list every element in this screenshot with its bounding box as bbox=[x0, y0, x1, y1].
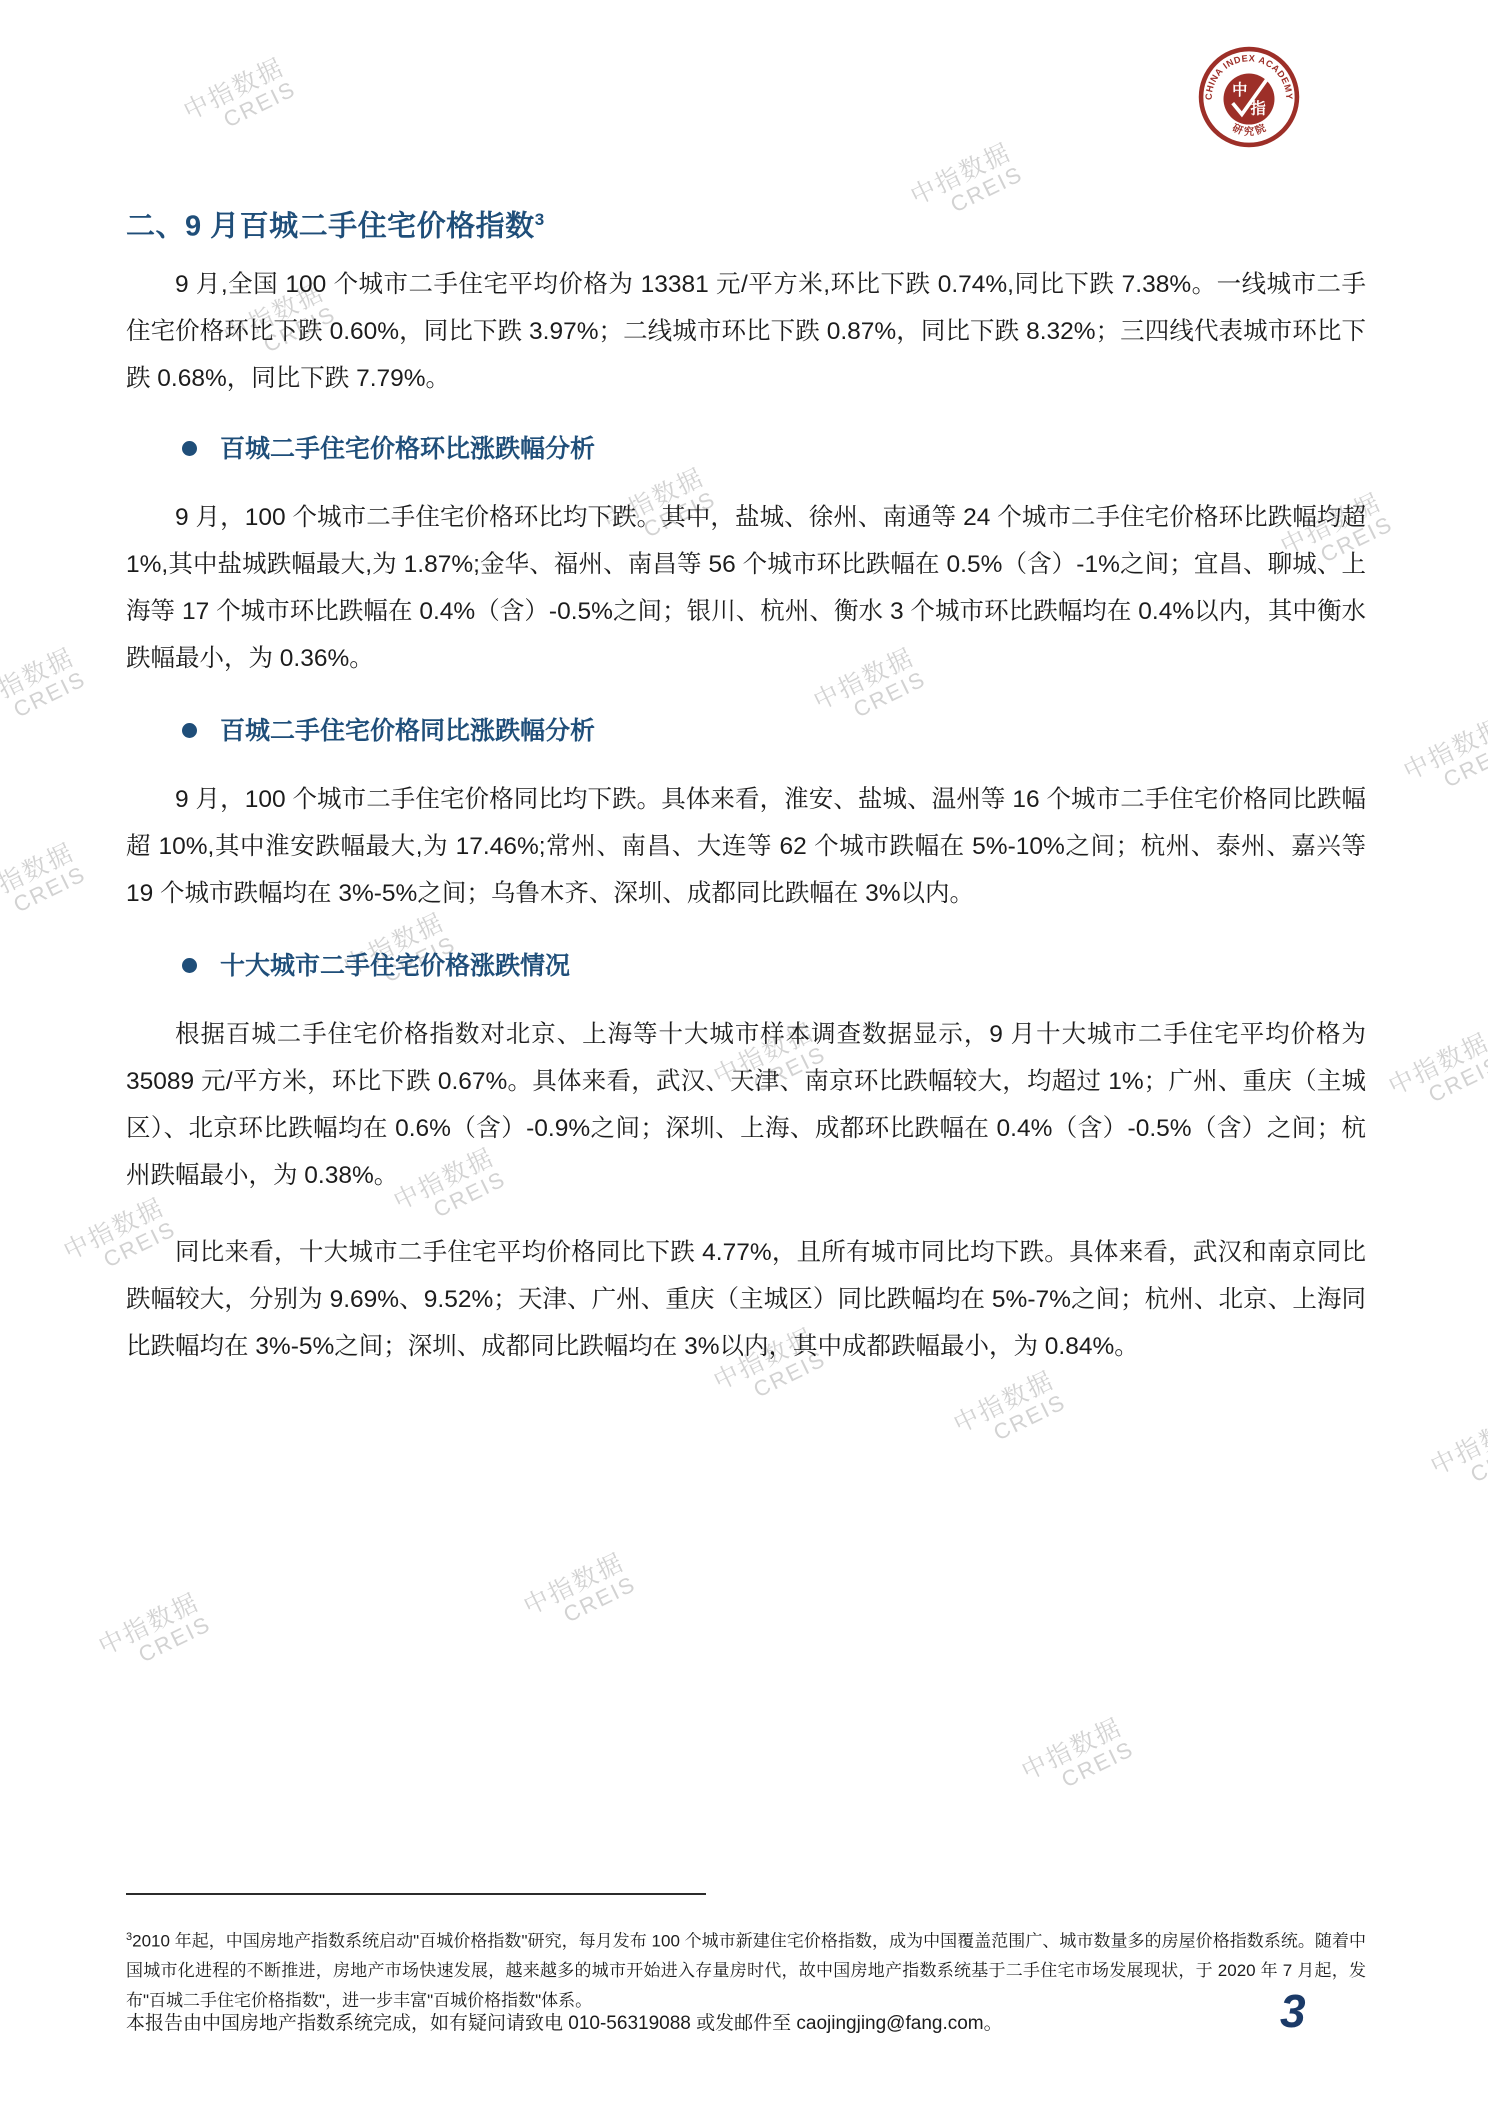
bullet-heading-label: 十大城市二手住宅价格涨跌情况 bbox=[220, 949, 570, 983]
bullet-icon bbox=[182, 958, 197, 973]
document-body: 二、9 月百城二手住宅价格指数3 9 月,全国 100 个城市二手住宅平均价格为… bbox=[126, 200, 1366, 1370]
intro-paragraph: 9 月,全国 100 个城市二手住宅平均价格为 13381 元/平方米,环比下跌… bbox=[126, 261, 1366, 402]
watermark: 中指数据CREIS bbox=[1427, 1409, 1488, 1501]
section-heading: 二、9 月百城二手住宅价格指数3 bbox=[126, 200, 1366, 247]
body-paragraph: 同比来看，十大城市二手住宅平均价格同比下跌 4.77%，且所有城市同比均下跌。具… bbox=[126, 1229, 1366, 1370]
bullet-heading-top-ten-cities: 十大城市二手住宅价格涨跌情况 bbox=[126, 949, 1366, 983]
bullet-icon bbox=[182, 441, 197, 456]
watermark: 中指数据CREIS bbox=[180, 54, 300, 146]
footnote: 32010 年起，中国房地产指数系统启动"百城价格指数"研究，每月发布 100 … bbox=[126, 1923, 1366, 2015]
document-page: { "document": { "title": "二、9 月百城二手住宅价格指… bbox=[0, 0, 1488, 2104]
china-index-academy-logo-icon: CHINA INDEX ACADEMY 中 指 研 究 院 bbox=[1198, 46, 1300, 148]
section-heading-text: 二、9 月百城二手住宅价格指数 bbox=[126, 211, 535, 243]
footnote-text: 2010 年起，中国房地产指数系统启动"百城价格指数"研究，每月发布 100 个… bbox=[126, 1932, 1366, 2010]
watermark: 中指数据CREIS bbox=[520, 1549, 640, 1641]
footnote-separator bbox=[126, 1893, 706, 1895]
bullet-heading-mom-analysis: 百城二手住宅价格环比涨跌幅分析 bbox=[126, 432, 1366, 466]
watermark: 中指数据CREIS bbox=[1385, 1029, 1488, 1121]
watermark: 中指数据CREIS bbox=[1400, 714, 1488, 806]
body-paragraph: 根据百城二手住宅价格指数对北京、上海等十大城市样本调查数据显示，9 月十大城市二… bbox=[126, 1011, 1366, 1199]
page-number: 3 bbox=[1280, 1984, 1306, 2038]
body-paragraph: 9 月，100 个城市二手住宅价格同比均下跌。具体来看，淮安、盐城、温州等 16… bbox=[126, 776, 1366, 917]
heading-footnote-ref: 3 bbox=[535, 210, 545, 229]
watermark: 中指数据CREIS bbox=[0, 644, 90, 736]
watermark: 中指数据CREIS bbox=[95, 1589, 215, 1681]
company-logo-seal: CHINA INDEX ACADEMY 中 指 研 究 院 bbox=[1198, 46, 1300, 148]
bullet-heading-label: 百城二手住宅价格同比涨跌幅分析 bbox=[220, 714, 595, 748]
logo-center-char-2: 指 bbox=[1251, 100, 1266, 117]
bullet-icon bbox=[182, 723, 197, 738]
logo-center-char-1: 中 bbox=[1232, 82, 1247, 99]
body-paragraph: 9 月，100 个城市二手住宅价格环比均下跌。其中，盐城、徐州、南通等 24 个… bbox=[126, 494, 1366, 682]
bullet-heading-yoy-analysis: 百城二手住宅价格同比涨跌幅分析 bbox=[126, 714, 1366, 748]
watermark: 中指数据CREIS bbox=[1018, 1714, 1138, 1806]
footer-text: 本报告由中国房地产指数系统完成，如有疑问请致电 010-56319088 或发邮… bbox=[126, 2008, 1226, 2035]
watermark: 中指数据CREIS bbox=[950, 1367, 1070, 1459]
bullet-heading-label: 百城二手住宅价格环比涨跌幅分析 bbox=[220, 432, 595, 466]
watermark: 中指数据CREIS bbox=[0, 839, 90, 931]
